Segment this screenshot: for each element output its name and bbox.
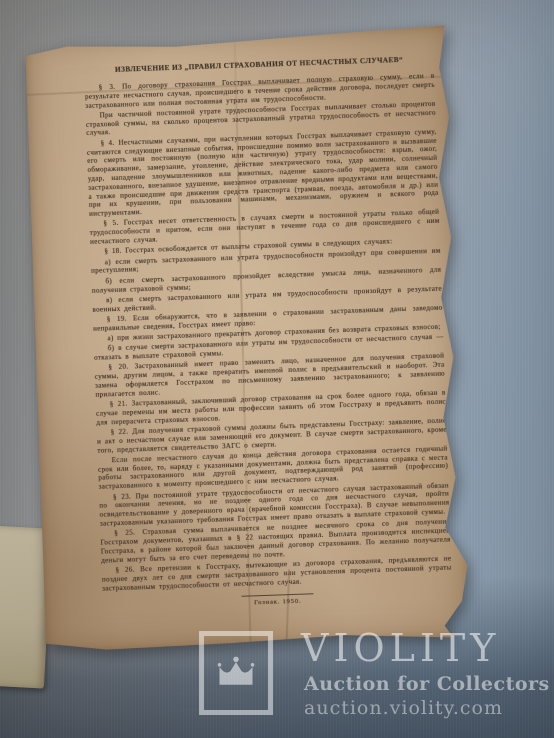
document-photo: ИЗВЛЕЧЕНИЕ ИЗ „ПРАВИЛ СТРАХОВАНИЯ ОТ НЕС… — [25, 25, 470, 651]
document-paper: ИЗВЛЕЧЕНИЕ ИЗ „ПРАВИЛ СТРАХОВАНИЯ ОТ НЕС… — [25, 25, 470, 651]
document-title: ИЗВЛЕЧЕНИЕ ИЗ „ПРАВИЛ СТРАХОВАНИЯ ОТ НЕС… — [84, 54, 434, 75]
document-content: ИЗВЛЕЧЕНИЕ ИЗ „ПРАВИЛ СТРАХОВАНИЯ ОТ НЕС… — [84, 54, 453, 612]
imprint: Гознак. 1950. — [103, 589, 453, 612]
document-paragraph: § 4. Несчастными случаями, при наступлен… — [87, 127, 440, 218]
imprint-rule — [242, 594, 314, 598]
document-body: § 3. По договору страхования Госстрах вы… — [85, 72, 453, 593]
